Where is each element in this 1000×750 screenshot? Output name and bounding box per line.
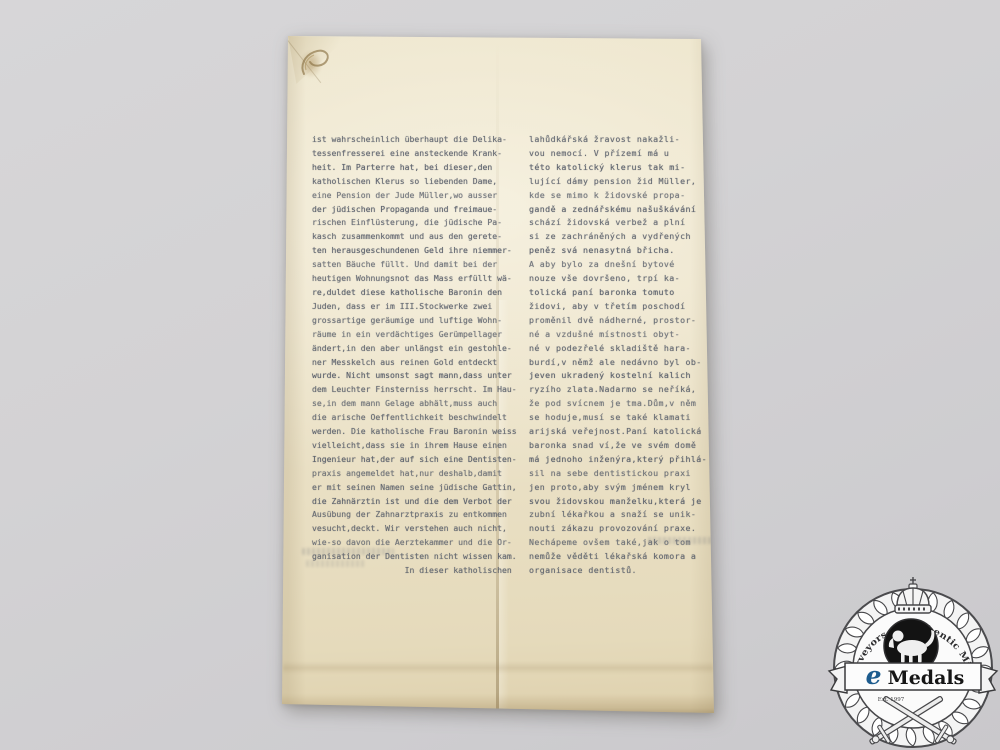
text-line: satten Bäuche füllt. Und damit bei der (312, 258, 517, 272)
text-line: jeven ukradený kostelní kalich (529, 369, 707, 383)
text-line: vou nemocí. V přízemí má u (529, 147, 707, 161)
brand-e: e (866, 661, 882, 690)
text-line: tolická paní baronka tomuto (529, 286, 707, 300)
text-line: né v podezřelé skladiště hara- (529, 342, 707, 356)
text-line: die Zahnärztin ist und die dem Verbot de… (312, 495, 517, 509)
text-line: die arische Oeffentlichkeit beschwindelt (312, 411, 517, 425)
text-line: svou židovskou manželku,která je (529, 495, 707, 509)
text-line: wurde. Nicht umsonst sagt mann,dass unte… (312, 369, 517, 383)
text-line: nemůže věděti lékařská komora a (529, 550, 707, 564)
text-line: lující dámy pension žid Müller, (529, 175, 707, 189)
bottom-edge-shading (280, 694, 716, 714)
text-line: si ze zachráněných a vydřených (529, 230, 707, 244)
text-line: praxis angemeldet hat,nur deshalb,damit (312, 467, 517, 481)
text-line: lahůdkářská žravost nakažli- (529, 133, 707, 147)
text-line: ist wahrscheinlich überhaupt die Delika- (312, 133, 517, 147)
text-line: má jednoho inženýra,který přihlá- (529, 453, 707, 467)
emedals-watermark-logo: Purveyors of Authentic Militaria (823, 576, 1000, 750)
text-line: eine Pension der Jude Müller,wo ausser (312, 189, 517, 203)
text-line: burdí,v němž ale nedávno byl ob- (529, 356, 707, 370)
established-text: Est. 1997 (878, 697, 905, 703)
text-line: zubní lékařkou a snaží se unik- (529, 508, 707, 522)
text-line: že pod svícnem je tma.Dům,v něm (529, 397, 707, 411)
text-line: räume in ein verdächtiges Gerümpellager (312, 328, 517, 342)
text-line: židovi, aby v třetím poschodí (529, 300, 707, 314)
text-line: werden. Die katholische Frau Baronin wei… (312, 425, 517, 439)
text-line: baronka snad ví,že ve svém domě (529, 439, 707, 453)
photo-stage: ist wahrscheinlich überhaupt die Delika-… (0, 0, 1000, 750)
text-line: heutigen Wohnungsnot das Mass erfüllt wä… (312, 272, 517, 286)
text-line: grossartige geräumige und luftige Wohn- (312, 314, 517, 328)
fold-crease-horizontal (283, 662, 713, 674)
ink-ghost-smudge (302, 548, 394, 555)
text-line: der jüdischen Propaganda und freimaue- (312, 203, 517, 217)
brand-medals: Medals (888, 667, 965, 689)
ink-ghost-smudge (306, 560, 366, 567)
text-line: katholischen Klerus so liebenden Dame, (312, 175, 517, 189)
text-line: ten herausgeschundenen Geld ihre niemmer… (312, 244, 517, 258)
text-line: Ingenieur hat,der auf sich eine Dentiste… (312, 453, 517, 467)
text-line: se,in dem mann Gelage abhält,muss auch (312, 397, 517, 411)
text-line: této katolický klerus tak mi- (529, 161, 707, 175)
text-line: A aby bylo za dnešní bytové (529, 258, 707, 272)
text-line: ryzího zlata.Nadarmo se neříká, (529, 383, 707, 397)
text-line: nouti zákazu provozování praxe. (529, 522, 707, 536)
text-line: nouze vše dovršeno, trpí ka- (529, 272, 707, 286)
text-line: Juden, dass er im III.Stockwerke zwei (312, 300, 517, 314)
text-line: schází židovská verbež a plní (529, 216, 707, 230)
text-line: dem Leuchter Finsterniss herrscht. Im Ha… (312, 383, 517, 397)
text-line: kde se mimo k židovské propa- (529, 189, 707, 203)
text-line: sil na sebe dentistickou praxi (529, 467, 707, 481)
text-line: ändert,in den aber unlängst ein gestohle… (312, 342, 517, 356)
text-line: peněz svá nenasytná břicha. (529, 244, 707, 258)
text-line: er mit seinen Namen seine jüdische Gatti… (312, 481, 517, 495)
text-line: proměnil dvě nádherné, prostor- (529, 314, 707, 328)
text-line: gandě a zednářskému našuškávání (529, 203, 707, 217)
text-line: ner Messkelch aus reinen Gold entdeckt (312, 356, 517, 370)
crown (895, 577, 931, 613)
text-line: Ausübung der Zahnarztpraxis zu entkommen (312, 508, 517, 522)
text-line: vielleicht,dass sie in ihrem Hause einen (312, 439, 517, 453)
text-line: rischen Einflüsterung, die jüdische Pa- (312, 216, 517, 230)
text-line: vesucht,deckt. Wir verstehen auch nicht, (312, 522, 517, 536)
right-column-czech: lahůdkářská žravost nakažli-vou nemocí. … (529, 133, 707, 578)
text-line: re,duldet diese katholische Baronin den (312, 286, 517, 300)
text-line: né a vzdušné místnosti obyt- (529, 328, 707, 342)
ink-ghost-smudge (648, 537, 712, 544)
text-line: arijská veřejnost.Paní katolická (529, 425, 707, 439)
paperclip-mark (294, 40, 340, 86)
text-line: tessenfresserei eine ansteckende Krank- (312, 147, 517, 161)
text-line: se hoduje,musí se také klamati (529, 411, 707, 425)
text-line: kasch zusammenkommt und aus den gerete- (312, 230, 517, 244)
text-line: heit. Im Parterre hat, bei dieser,den (312, 161, 517, 175)
left-column-german: ist wahrscheinlich überhaupt die Delika-… (312, 133, 517, 578)
text-line: organisace dentistů. (529, 564, 707, 578)
text-line: jen proto,aby svým jménem kryl (529, 481, 707, 495)
